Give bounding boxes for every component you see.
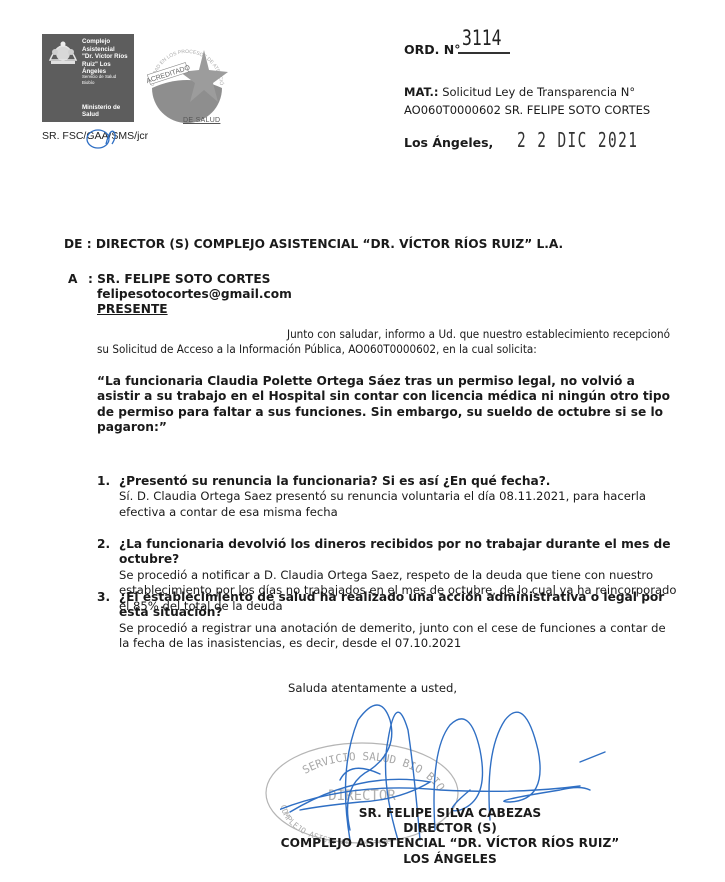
- place: Los Ángeles,: [404, 135, 493, 150]
- ord-label: ORD. N°: [404, 42, 460, 57]
- seal-caption: DE SALUD: [183, 117, 220, 124]
- ord-number: 3114: [462, 26, 501, 50]
- signer-institution: COMPLEJO ASISTENCIAL “DR. VÍCTOR RÍOS RU…: [250, 836, 650, 851]
- question-answer: Se procedió a registrar una anotación de…: [119, 621, 679, 652]
- logo-subtitle: Servicio de Salud Biobío: [82, 74, 134, 85]
- question-title: ¿Presentó su renuncia la funcionaria? Si…: [119, 474, 679, 489]
- accreditation-seal-icon: CALIDAD EN LOS PROCESOS DE ATENCIÓN EN S…: [142, 36, 232, 126]
- logo-name: Complejo Asistencial "Dr. Víctor Ríos Ru…: [82, 38, 134, 76]
- ord-underline: [458, 52, 510, 54]
- question-title: ¿El establecimiento de salud ha realizad…: [119, 590, 679, 621]
- logo-ministry: Ministerio de Salud: [82, 104, 134, 119]
- coat-of-arms-icon: [46, 40, 80, 68]
- from-line: DE : DIRECTOR (S) COMPLEJO ASISTENCIAL “…: [64, 237, 563, 251]
- to-label: A: [68, 272, 77, 286]
- subject-matter: MAT.: Solicitud Ley de Transparencia N° …: [404, 83, 704, 119]
- presente: PRESENTE: [97, 302, 168, 316]
- recipient-email: felipesotocortes@gmail.com: [88, 287, 292, 302]
- institution-logo: Complejo Asistencial "Dr. Víctor Ríos Ru…: [42, 34, 134, 122]
- question-title: ¿La funcionaria devolvió los dineros rec…: [119, 537, 679, 568]
- signer-block: SR. FELIPE SILVA CABEZAS DIRECTOR (S) CO…: [250, 806, 650, 867]
- recipient-block: : SR. FELIPE SOTO CORTES felipesotocorte…: [88, 272, 292, 317]
- initials-scribble-icon: [84, 126, 124, 150]
- signer-name: SR. FELIPE SILVA CABEZAS: [250, 806, 650, 821]
- signer-title: DIRECTOR (S): [250, 821, 650, 836]
- question-answer: Sí. D. Claudia Ortega Saez presentó su r…: [119, 489, 679, 520]
- intro-paragraph: Junto con saludar, informo a Ud. que nue…: [97, 327, 670, 357]
- date-stamp: 2 2 DIC 2021: [517, 128, 638, 152]
- request-quote: “La funcionaria Claudia Polette Ortega S…: [97, 374, 677, 436]
- signer-city: LOS ÁNGELES: [250, 852, 650, 867]
